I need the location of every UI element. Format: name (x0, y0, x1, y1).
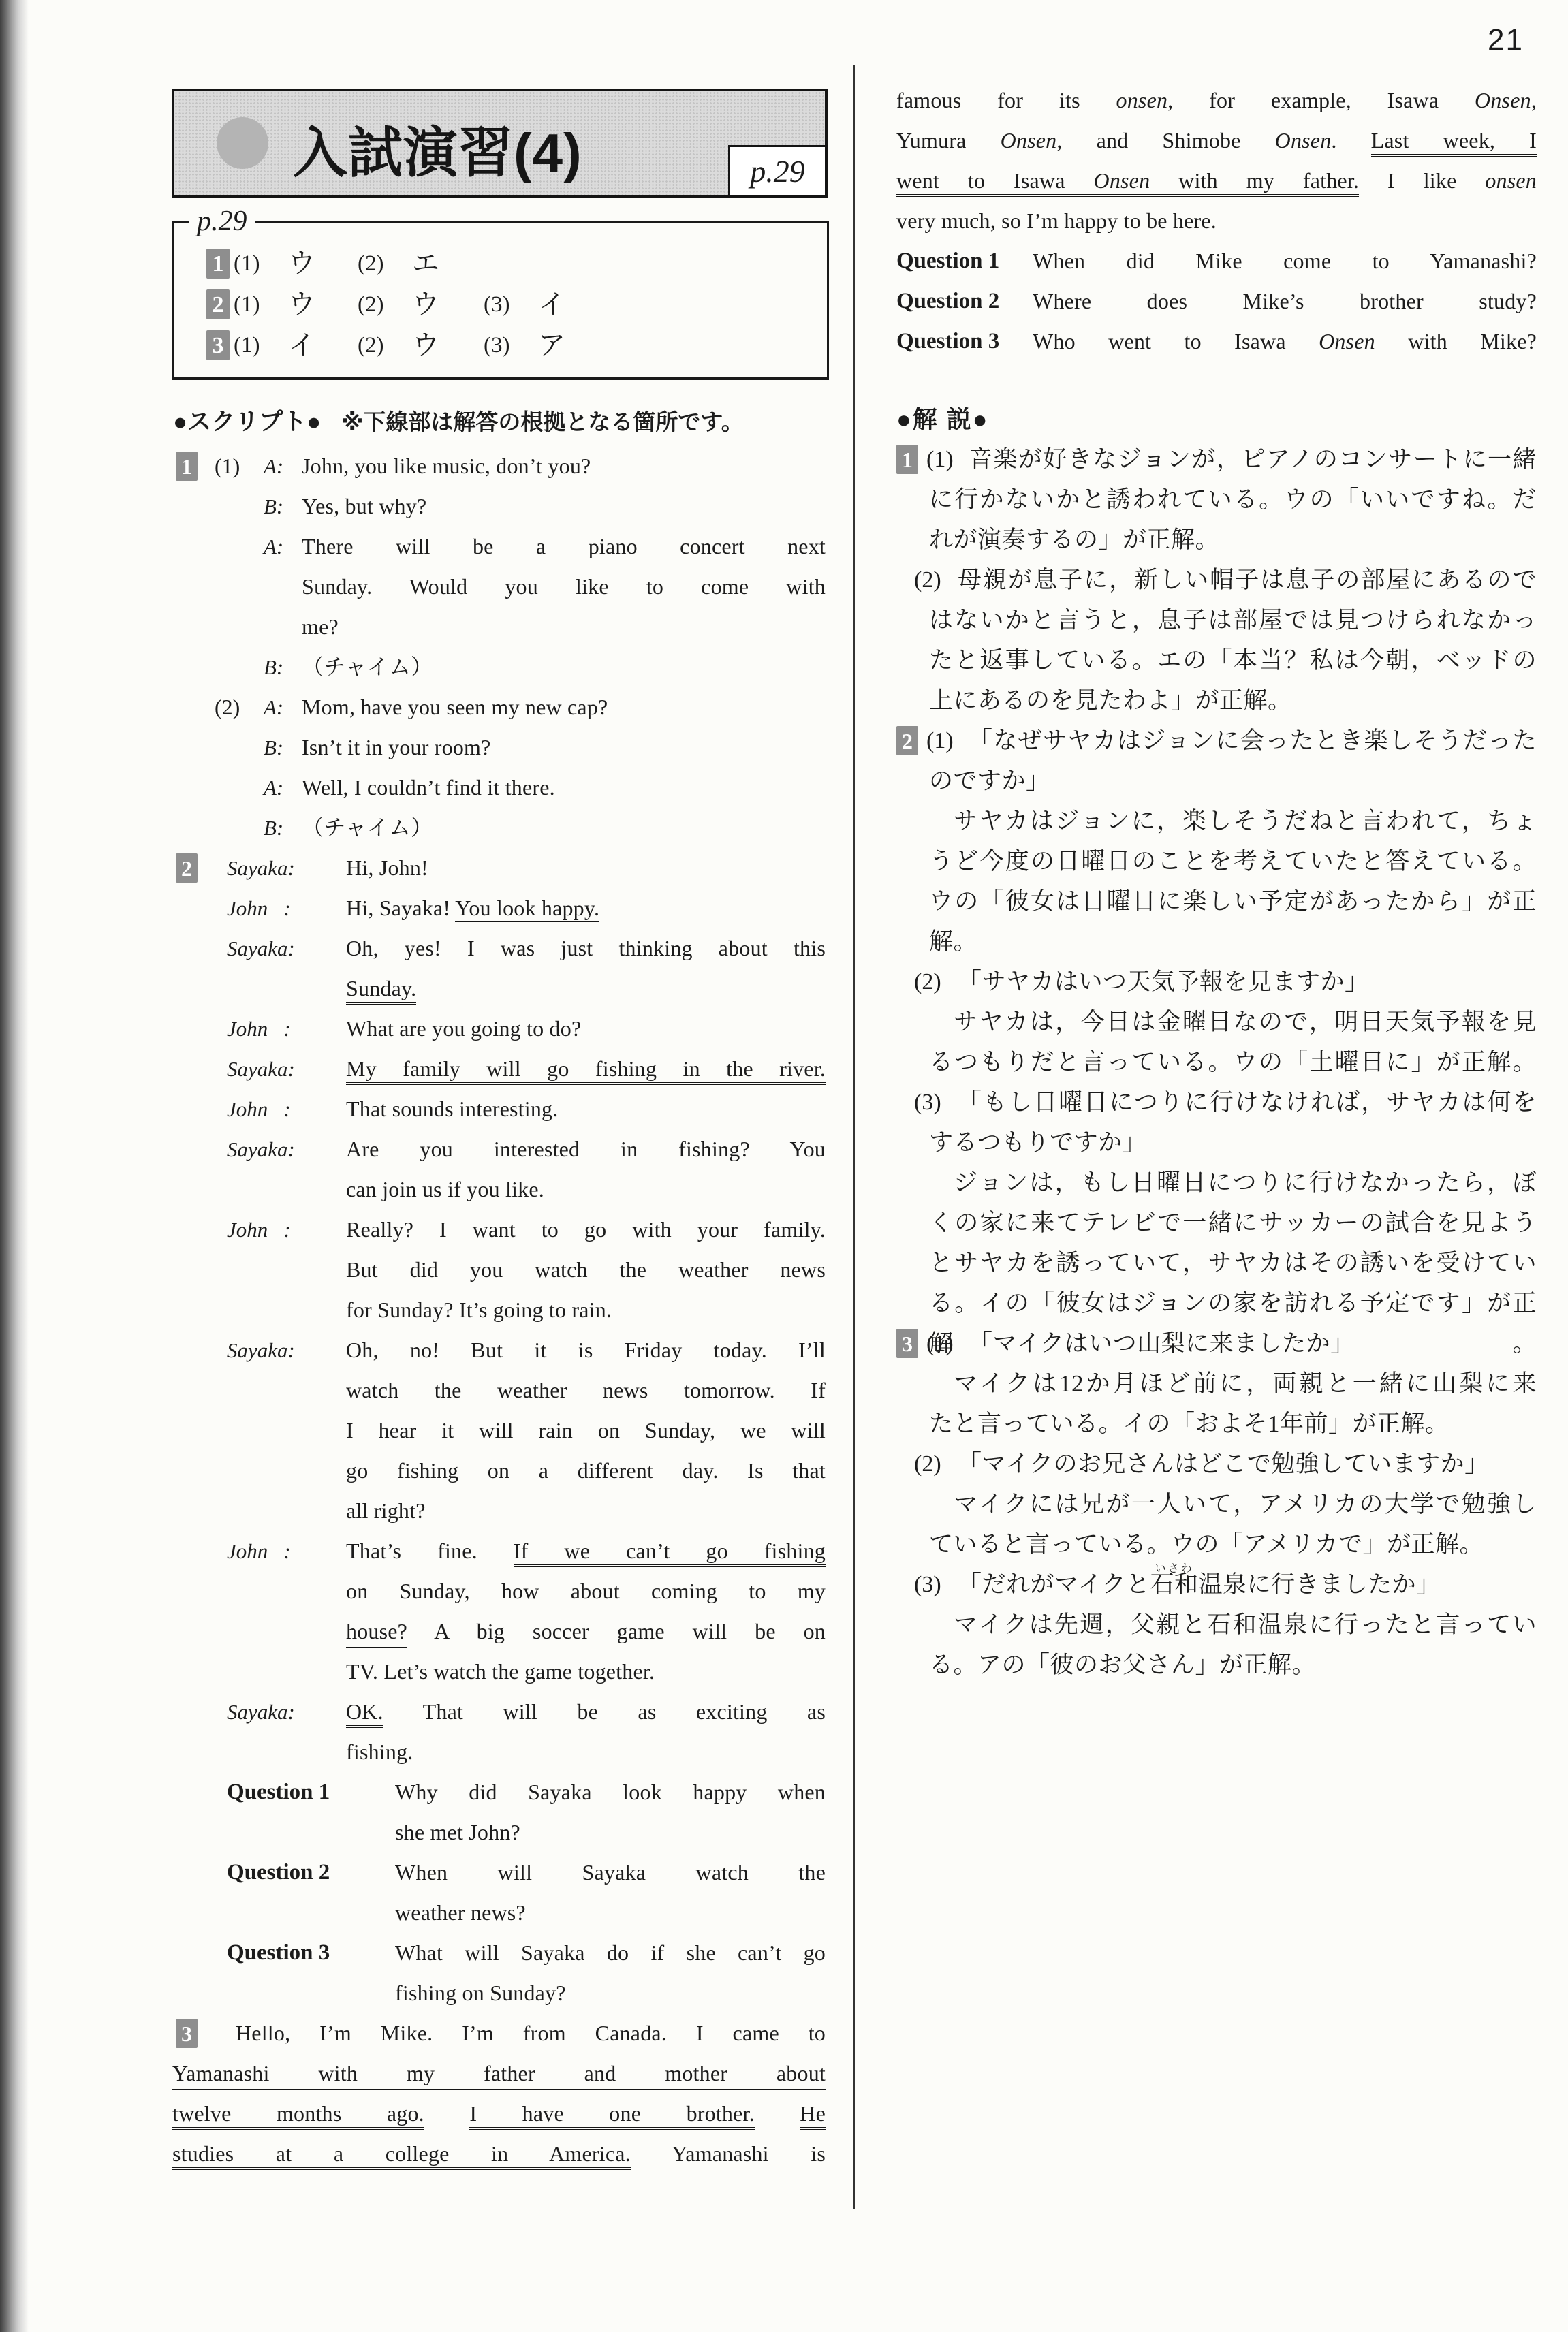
text-line: twelve months ago. I have one brother. H… (170, 2094, 826, 2134)
line-text: Well, I couldn’t find it there. (302, 768, 826, 808)
text-line: Question 2Where does Mike’s brother stud… (896, 281, 1537, 321)
line-text: （チャイム） (302, 808, 826, 848)
speaker-name: John : (227, 1210, 291, 1250)
text-line: マイクは先週，父親と石和温泉に行ったと言ってい (896, 1605, 1537, 1645)
line-text: に行かないかと誘われている。ウの「いいですね。だ (929, 479, 1537, 520)
answer-item-number: (3) (484, 326, 509, 365)
line-text: That sounds interesting. (346, 1089, 826, 1129)
text-segment: OK. (346, 1699, 383, 1728)
line-text: 「マイクはいつ山梨に来ましたか」 (969, 1323, 1537, 1364)
text-segment: I’ll (798, 1338, 826, 1366)
column-divider (853, 65, 855, 2209)
text-line: weather news? (170, 1893, 826, 1933)
text-segment: る。アの「彼のお父さん」が正解。 (929, 1652, 1316, 1678)
line-text: Sunday. (346, 968, 826, 1009)
speaker-name: Sayaka: (227, 848, 295, 888)
text-segment: If we can’t go fishing (514, 1539, 826, 1567)
answer-choice: エ (412, 244, 439, 283)
lesson-title: 入試演習(4) (293, 109, 582, 187)
text-segment (755, 2101, 800, 2126)
text-line: (2)母親が息子に，新しい帽子は息子の部屋にあるので (896, 560, 1537, 600)
text-segment: That’s fine. (346, 1539, 514, 1563)
question-label: Question 1 (896, 241, 999, 281)
text-segment: A big soccer game will be on (407, 1619, 826, 1643)
text-segment: するつもりですか」 (929, 1129, 1146, 1156)
line-text: 母親が息子に，新しい帽子は息子の部屋にあるので (958, 560, 1537, 600)
line-text: watch the weather news tomorrow. If (346, 1370, 826, 1411)
text-segment: onsen (1485, 168, 1537, 193)
text-segment: サヤカは，今日は金曜日なので，明日天気予報を見 (954, 1009, 1537, 1035)
question-label: Question 3 (227, 1933, 330, 1973)
line-text: she met John? (395, 1812, 826, 1853)
text-segment: たと言っている。イの「およそ1年前」が正解。 (929, 1411, 1449, 1437)
speaker-name: B: (264, 727, 283, 768)
text-segment: with my father. (1150, 168, 1359, 197)
text-line: went to Isawa Onsen with my father. I li… (896, 161, 1537, 201)
text-line: house? A big soccer game will be on (170, 1611, 826, 1652)
text-segment: My family will go fishing in the river. (346, 1056, 826, 1085)
question-label: Question 2 (896, 281, 999, 321)
text-line: watch the weather news tomorrow. If (170, 1370, 826, 1411)
answer-item-number: (2) (358, 326, 383, 365)
text-segment: John, you like music, don’t you? (302, 454, 591, 478)
text-line: (2)「マイクのお兄さんはどこで勉強していますか」 (896, 1444, 1537, 1484)
line-text: Hi, Sayaka! You look happy. (346, 888, 826, 928)
text-segment: （チャイム） (302, 655, 433, 679)
text-line: B:Yes, but why? (170, 486, 826, 526)
text-line: Question 2When will Sayaka watch the (170, 1853, 826, 1893)
text-line: John :Really? I want to go with your fam… (170, 1210, 826, 1250)
question-number-badge: 2 (206, 289, 230, 319)
text-segment: , for example, Isawa (1167, 88, 1475, 112)
text-segment: Onsen (1001, 128, 1057, 153)
text-segment: Yamanashi is (631, 2141, 826, 2166)
text-line: Yamanashi with my father and mother abou… (170, 2053, 826, 2094)
text-segment: me? (302, 614, 339, 639)
line-text: My family will go fishing in the river. (346, 1049, 826, 1089)
text-line: Question 1When did Mike come to Yamanash… (896, 241, 1537, 281)
line-text: 「もし日曜日につりに行けなければ，サヤカは何を (958, 1082, 1537, 1122)
text-segment: , (1531, 88, 1537, 112)
text-segment: . (1331, 128, 1370, 153)
text-segment: with Mike? (1375, 329, 1537, 353)
text-line: But did you watch the weather news (170, 1250, 826, 1290)
answer-choice: ア (538, 326, 565, 365)
text-segment: Onsen (1275, 128, 1332, 153)
speaker-name: John : (227, 1531, 291, 1571)
line-text: fishing on Sunday? (395, 1973, 826, 2013)
text-segment: るつもりだと言っている。ウの「土曜日に」が正解。 (929, 1049, 1537, 1075)
text-segment: famous for its (896, 88, 1116, 112)
line-text: twelve months ago. I have one brother. H… (172, 2094, 826, 2134)
line-text: マイクには兄が一人いて，アメリカの大学で勉強し (954, 1484, 1537, 1524)
text-segment: can join us if you like. (346, 1177, 544, 1201)
text-line: マイクは12か月ほど前に，両親と一緒に山梨に来 (896, 1364, 1537, 1404)
line-text: 「なぜサヤカはジョンに会ったとき楽しそうだった (969, 721, 1537, 761)
section-badge: 1 (176, 452, 198, 481)
section-badge: 2 (176, 853, 198, 883)
line-text: What will Sayaka do if she can’t go (395, 1933, 826, 1973)
script-header-label: ●スクリプト● (173, 409, 321, 435)
text-segment: Where does Mike’s brother study? (1033, 289, 1537, 313)
text-line: I hear it will rain on Sunday, we will (170, 1411, 826, 1451)
page-ref-label: p.29 (750, 153, 805, 189)
text-line: B:Isn’t it in your room? (170, 727, 826, 768)
line-text: ジョンは，もし日曜日につりに行けなかったら，ぼ (954, 1163, 1537, 1203)
text-segment: TV. Let’s watch the game together. (346, 1659, 655, 1684)
speaker-name: B: (264, 808, 283, 848)
text-segment: she met John? (395, 1820, 520, 1844)
line-text: （チャイム） (302, 647, 826, 687)
question-label: Question 1 (227, 1772, 330, 1812)
line-text: went to Isawa Onsen with my father. I li… (896, 161, 1537, 201)
text-line: くの家に来てテレビで一緒にサッカーの試合を見よう (896, 1203, 1537, 1243)
text-segment: うど今度の日曜日のことを考えていたと答えている。 (929, 848, 1537, 874)
text-segment: Yes, but why? (302, 494, 426, 518)
text-line: go fishing on a different day. Is that (170, 1451, 826, 1491)
textbook-page: 21 入試演習(4) p.29 p.29 1(1)ウ(2)エ2(1)ウ(2)ウ(… (0, 0, 1568, 2332)
line-text: for Sunday? It’s going to rain. (346, 1290, 826, 1330)
item-number: (3) (914, 1564, 941, 1605)
line-text: Why did Sayaka look happy when (395, 1772, 826, 1812)
answer-item-number: (1) (234, 244, 260, 283)
item-number: (2) (215, 687, 240, 727)
text-segment: Yumura (896, 128, 1001, 153)
speaker-name: John : (227, 1089, 291, 1129)
text-line: John :That’s fine. If we can’t go fishin… (170, 1531, 826, 1571)
text-segment: 上にあるのを見たわよ」が正解。 (929, 687, 1292, 714)
line-text: There will be a piano concert next (302, 526, 826, 567)
text-segment: 母親が息子に，新しい帽子は息子の部屋にあるので (958, 567, 1537, 593)
text-line: ていると言っている。ウの「アメリカで」が正解。 (896, 1524, 1537, 1564)
passage-column: famous for its onsen, for example, Isawa… (896, 80, 1537, 362)
text-line: fishing on Sunday? (170, 1973, 826, 2013)
text-segment: のですか」 (929, 768, 1050, 794)
answer-item-number: (1) (234, 326, 260, 365)
text-line: (3)「だれがマイクと石和いさわ温泉に行きましたか」 (896, 1564, 1537, 1605)
line-text: TV. Let’s watch the game together. (346, 1652, 826, 1692)
text-line: マイクには兄が一人いて，アメリカの大学で勉強し (896, 1484, 1537, 1524)
answer-choice: イ (538, 285, 565, 324)
line-text: I hear it will rain on Sunday, we will (346, 1411, 826, 1451)
text-segment: 「もし日曜日につりに行けなければ，サヤカは何を (958, 1089, 1537, 1116)
text-line: Sayaka:My family will go fishing in the … (170, 1049, 826, 1089)
answer-item-number: (1) (234, 285, 260, 324)
section-badge: 2 (896, 726, 918, 755)
text-segment: 温泉に行きましたか」 (1199, 1571, 1441, 1598)
line-text: のですか」 (929, 761, 1537, 801)
script-header-note: ※下線部は解答の根拠となる箇所です。 (341, 409, 743, 435)
line-text: But did you watch the weather news (346, 1250, 826, 1290)
text-line: たと返事している。エの「本当？私は今朝，ベッドの (896, 640, 1537, 680)
speaker-name: John : (227, 888, 291, 928)
line-text: Who went to Isawa Onsen with Mike? (1033, 321, 1537, 362)
item-number: (2) (914, 962, 941, 1002)
line-text: studies at a college in America. Yamanas… (172, 2134, 826, 2174)
text-line: 1(1)A:John, you like music, don’t you? (170, 446, 826, 486)
text-line: on Sunday, how about coming to my (170, 1571, 826, 1611)
line-text: するつもりですか」 (929, 1122, 1537, 1163)
text-segment: I hear it will rain on Sunday, we will (346, 1418, 826, 1443)
speaker-name: B: (264, 486, 283, 526)
bullet-circle-icon (217, 117, 268, 169)
section-badge: 1 (896, 445, 918, 474)
text-segment: When will Sayaka watch the (395, 1860, 826, 1885)
text-segment: Why did Sayaka look happy when (395, 1780, 826, 1804)
line-text: マイクは12か月ほど前に，両親と一緒に山梨に来 (954, 1364, 1537, 1404)
script-header: ●スクリプト●※下線部は解答の根拠となる箇所です。 (173, 403, 744, 437)
line-text: る。アの「彼のお父さん」が正解。 (929, 1645, 1537, 1685)
line-text: 上にあるのを見たわよ」が正解。 (929, 680, 1537, 721)
section-badge: 3 (176, 2019, 198, 2048)
line-text: When will Sayaka watch the (395, 1853, 826, 1893)
line-text: れが演奏するの」が正解。 (929, 520, 1537, 560)
answer-choice: ウ (288, 244, 315, 283)
text-segment: go fishing on a different day. Is that (346, 1458, 826, 1483)
text-line: サヤカは，今日は金曜日なので，明日天気予報を見 (896, 1002, 1537, 1042)
text-line: very much, so I’m happy to be here. (896, 201, 1537, 241)
line-text: me? (302, 607, 826, 647)
text-line: (3)「もし日曜日につりに行けなければ，サヤカは何を (896, 1082, 1537, 1122)
line-text: Really? I want to go with your family. (346, 1210, 826, 1250)
item-number: (1) (926, 1323, 954, 1364)
kaisetsu-header: ●解 説● (896, 400, 989, 435)
text-segment: 「なぜサヤカはジョンに会ったとき楽しそうだった (969, 727, 1537, 754)
text-segment: ていると言っている。ウの「アメリカで」が正解。 (929, 1531, 1484, 1558)
line-text: famous for its onsen, for example, Isawa… (896, 80, 1537, 121)
line-text: Isn’t it in your room? (302, 727, 826, 768)
text-segment: But it is Friday today. (471, 1338, 767, 1366)
text-line: Yumura Onsen, and Shimobe Onsen. Last we… (896, 121, 1537, 161)
speaker-name: Sayaka: (227, 1049, 295, 1089)
line-text: can join us if you like. (346, 1169, 826, 1210)
text-line: とサヤカを誘っていて，サヤカはその誘いを受けてい (896, 1243, 1537, 1283)
line-text: house? A big soccer game will be on (346, 1611, 826, 1652)
line-text: サヤカはジョンに，楽しそうだねと言われて，ちょ (954, 801, 1537, 841)
text-segment: twelve months ago. (172, 2101, 424, 2130)
answer-row: 3(1)イ(2)ウ(3)ア (174, 326, 827, 365)
text-segment (767, 1338, 798, 1362)
answer-choice: ウ (412, 285, 439, 324)
text-segment: Isn’t it in your room? (302, 735, 491, 759)
text-line: るつもりだと言っている。ウの「土曜日に」が正解。 (896, 1042, 1537, 1082)
item-number: (1) (215, 446, 240, 486)
text-segment: What will Sayaka do if she can’t go (395, 1940, 826, 1965)
text-segment: Really? I want to go with your family. (346, 1217, 826, 1242)
text-line: 解。 (896, 921, 1537, 962)
line-text: るつもりだと言っている。ウの「土曜日に」が正解。 (929, 1042, 1537, 1082)
text-segment: watch the weather news tomorrow. (346, 1378, 775, 1406)
item-number: (1) (926, 439, 954, 479)
furigana: いさわ (1155, 1564, 1194, 1575)
answer-box-page-label: p.29 (189, 204, 255, 238)
text-line: John :That sounds interesting. (170, 1089, 826, 1129)
line-text: 「サヤカはいつ天気予報を見ますか」 (958, 962, 1537, 1002)
line-text: on Sunday, how about coming to my (346, 1571, 826, 1611)
line-text: Mom, have you seen my new cap? (302, 687, 826, 727)
text-segment: studies at a college in America. (172, 2141, 631, 2170)
line-text: John, you like music, don’t you? (302, 446, 826, 486)
text-segment: とサヤカを誘っていて，サヤカはその誘いを受けてい (929, 1250, 1537, 1276)
lesson-header: 入試演習(4) p.29 (172, 89, 828, 198)
answer-choice: ウ (288, 285, 315, 324)
line-text: Yumura Onsen, and Shimobe Onsen. Last we… (896, 121, 1537, 161)
line-text: When did Mike come to Yamanashi? (1033, 241, 1537, 281)
line-text: Hello, I’m Mike. I’m from Canada. I came… (236, 2013, 826, 2053)
text-line: ウの「彼女は日曜日に楽しい予定があったから」が正 (896, 881, 1537, 921)
text-segment: went to Isawa (896, 168, 1094, 197)
text-line: studies at a college in America. Yamanas… (170, 2134, 826, 2174)
speaker-name: Sayaka: (227, 1330, 295, 1370)
line-text: はないかと言うと，息子は部屋では見つけられなかっ (929, 600, 1537, 640)
text-line: for Sunday? It’s going to rain. (170, 1290, 826, 1330)
text-segment: Hi, Sayaka! (346, 896, 455, 920)
text-segment: れが演奏するの」が正解。 (929, 526, 1219, 553)
item-number: (2) (914, 1444, 941, 1484)
text-line: A:Well, I couldn’t find it there. (170, 768, 826, 808)
text-segment: But did you watch the weather news (346, 1257, 826, 1282)
answer-choice: ウ (412, 326, 439, 365)
text-line: するつもりですか」 (896, 1122, 1537, 1163)
text-segment: 「マイクのお兄さんはどこで勉強していますか」 (958, 1451, 1489, 1477)
text-line: Sayaka:Oh, yes! I was just thinking abou… (170, 928, 826, 968)
line-text: Sunday. Would you like to come with (302, 567, 826, 607)
text-line: のですか」 (896, 761, 1537, 801)
line-text: ていると言っている。ウの「アメリカで」が正解。 (929, 1524, 1537, 1564)
text-line: Question 3What will Sayaka do if she can… (170, 1933, 826, 1973)
text-segment: 「だれがマイクと (958, 1571, 1150, 1598)
text-segment: （チャイム） (302, 815, 433, 840)
text-segment: くの家に来てテレビで一緒にサッカーの試合を見よう (929, 1210, 1537, 1236)
text-segment: に行かないかと誘われている。ウの「いいですね。だ (929, 486, 1537, 513)
text-segment: When did Mike come to Yamanashi? (1033, 249, 1537, 273)
text-segment: Mom, have you seen my new cap? (302, 695, 608, 719)
item-number: (1) (926, 721, 954, 761)
text-segment: fishing. (346, 1739, 413, 1764)
text-segment: What are you going to do? (346, 1016, 581, 1041)
line-text: マイクは先週，父親と石和温泉に行ったと言ってい (954, 1605, 1537, 1645)
line-text: That’s fine. If we can’t go fishing (346, 1531, 826, 1571)
text-segment: Oh, yes! (346, 936, 441, 964)
text-line: TV. Let’s watch the game together. (170, 1652, 826, 1692)
line-text: 「だれがマイクと石和いさわ温泉に行きましたか」 (958, 1564, 1537, 1605)
text-line: 2(1)「なぜサヤカはジョンに会ったとき楽しそうだった (896, 721, 1537, 761)
text-line: B:（チャイム） (170, 808, 826, 848)
line-text: fishing. (346, 1732, 826, 1772)
answer-item-number: (2) (358, 244, 383, 283)
text-line: can join us if you like. (170, 1169, 826, 1210)
text-segment: マイクは12か月ほど前に，両親と一緒に山梨に来 (954, 1370, 1537, 1397)
text-segment: , and Shimobe (1056, 128, 1274, 153)
text-segment: I like (1359, 168, 1485, 193)
text-segment: all right? (346, 1498, 426, 1523)
section-badge: 3 (896, 1329, 918, 1358)
text-line: る。イの「彼女はジョンの家を訪れる予定です」が正解。 (896, 1283, 1537, 1323)
line-text: What are you going to do? (346, 1009, 826, 1049)
text-segment: Who went to Isawa (1033, 329, 1319, 353)
text-segment: There will be a piano concert next (302, 534, 826, 558)
speaker-name: A: (264, 446, 283, 486)
text-segment: Hi, John! (346, 855, 428, 880)
text-line: 1(1)音楽が好きなジョンが，ピアノのコンサートに一緒 (896, 439, 1537, 479)
text-segment: on Sunday, how about coming to my (346, 1579, 826, 1607)
answer-item-number: (2) (358, 285, 383, 324)
text-line: famous for its onsen, for example, Isawa… (896, 80, 1537, 121)
text-line: (2)「サヤカはいつ天気予報を見ますか」 (896, 962, 1537, 1002)
answer-item-number: (3) (484, 285, 509, 324)
text-segment: Sunday. (346, 976, 416, 1005)
text-line: B:（チャイム） (170, 647, 826, 687)
kaisetsu-column: 1(1)音楽が好きなジョンが，ピアノのコンサートに一緒に行かないかと誘われている… (896, 439, 1537, 1685)
text-segment: very much, so I’m happy to be here. (896, 208, 1217, 233)
speaker-name: Sayaka: (227, 1129, 295, 1169)
text-segment: 「マイクはいつ山梨に来ましたか」 (969, 1330, 1355, 1357)
text-segment: ジョンは，もし日曜日につりに行けなかったら，ぼ (954, 1169, 1537, 1196)
text-segment: You look happy. (455, 896, 599, 924)
text-segment: I have one brother. (469, 2101, 754, 2130)
text-segment: Yamanashi with my father and mother abou… (172, 2061, 826, 2090)
line-text: OK. That will be as exciting as (346, 1692, 826, 1732)
line-text: go fishing on a different day. Is that (346, 1451, 826, 1491)
speaker-name: Sayaka: (227, 928, 295, 968)
line-text: たと返事している。エの「本当？私は今朝，ベッドの (929, 640, 1537, 680)
text-segment: 「サヤカはいつ天気予報を見ますか」 (958, 968, 1369, 995)
text-segment: I came to (696, 2021, 826, 2049)
item-number: (2) (914, 560, 941, 600)
line-text: Are you interested in fishing? You (346, 1129, 826, 1169)
text-line: 3(1)「マイクはいつ山梨に来ましたか」 (896, 1323, 1537, 1364)
text-line: Sunday. (170, 968, 826, 1009)
text-segment: weather news? (395, 1900, 526, 1925)
speaker-name: John : (227, 1009, 291, 1049)
text-segment: 音楽が好きなジョンが，ピアノのコンサートに一緒 (969, 446, 1537, 473)
text-segment: Are you interested in fishing? You (346, 1137, 826, 1161)
line-text: all right? (346, 1491, 826, 1531)
text-line: Question 1Why did Sayaka look happy when (170, 1772, 826, 1812)
text-line: たと言っている。イの「およそ1年前」が正解。 (896, 1404, 1537, 1444)
text-segment: Well, I couldn’t find it there. (302, 775, 555, 800)
text-line: サヤカはジョンに，楽しそうだねと言われて，ちょ (896, 801, 1537, 841)
ruby-base: 石和いさわ (1150, 1571, 1199, 1598)
text-segment (424, 2101, 469, 2126)
text-line: 2Sayaka:Hi, John! (170, 848, 826, 888)
question-number-badge: 1 (206, 249, 230, 279)
line-text: 音楽が好きなジョンが，ピアノのコンサートに一緒 (969, 439, 1537, 479)
text-segment: house? (346, 1619, 407, 1648)
text-segment: マイクは先週，父親と石和温泉に行ったと言ってい (954, 1611, 1537, 1638)
text-line: はないかと言うと，息子は部屋では見つけられなかっ (896, 600, 1537, 640)
text-segment: サヤカはジョンに，楽しそうだねと言われて，ちょ (954, 808, 1537, 834)
item-number: (3) (914, 1082, 941, 1122)
text-line: うど今度の日曜日のことを考えていたと答えている。 (896, 841, 1537, 881)
answer-row: 1(1)ウ(2)エ (174, 244, 827, 283)
line-text: very much, so I’m happy to be here. (896, 201, 1537, 241)
text-segment: Oh, no! (346, 1338, 471, 1362)
question-label: Question 2 (227, 1853, 330, 1893)
text-segment: たと返事している。エの「本当？私は今朝，ベッドの (929, 647, 1537, 674)
text-segment: He (800, 2101, 826, 2130)
answer-row: 2(1)ウ(2)ウ(3)イ (174, 285, 827, 324)
text-segment: マイクには兄が一人いて，アメリカの大学で勉強し (954, 1491, 1537, 1517)
text-line: ジョンは，もし日曜日につりに行けなかったら，ぼ (896, 1163, 1537, 1203)
text-line: 3Hello, I’m Mike. I’m from Canada. I cam… (170, 2013, 826, 2053)
text-segment: That will be as exciting as (383, 1699, 826, 1724)
line-text: 「マイクのお兄さんはどこで勉強していますか」 (958, 1444, 1537, 1484)
text-segment: Sunday. Would you like to come with (302, 574, 826, 599)
line-text: たと言っている。イの「およそ1年前」が正解。 (929, 1404, 1537, 1444)
line-text: とサヤカを誘っていて，サヤカはその誘いを受けてい (929, 1243, 1537, 1283)
text-line: me? (170, 607, 826, 647)
